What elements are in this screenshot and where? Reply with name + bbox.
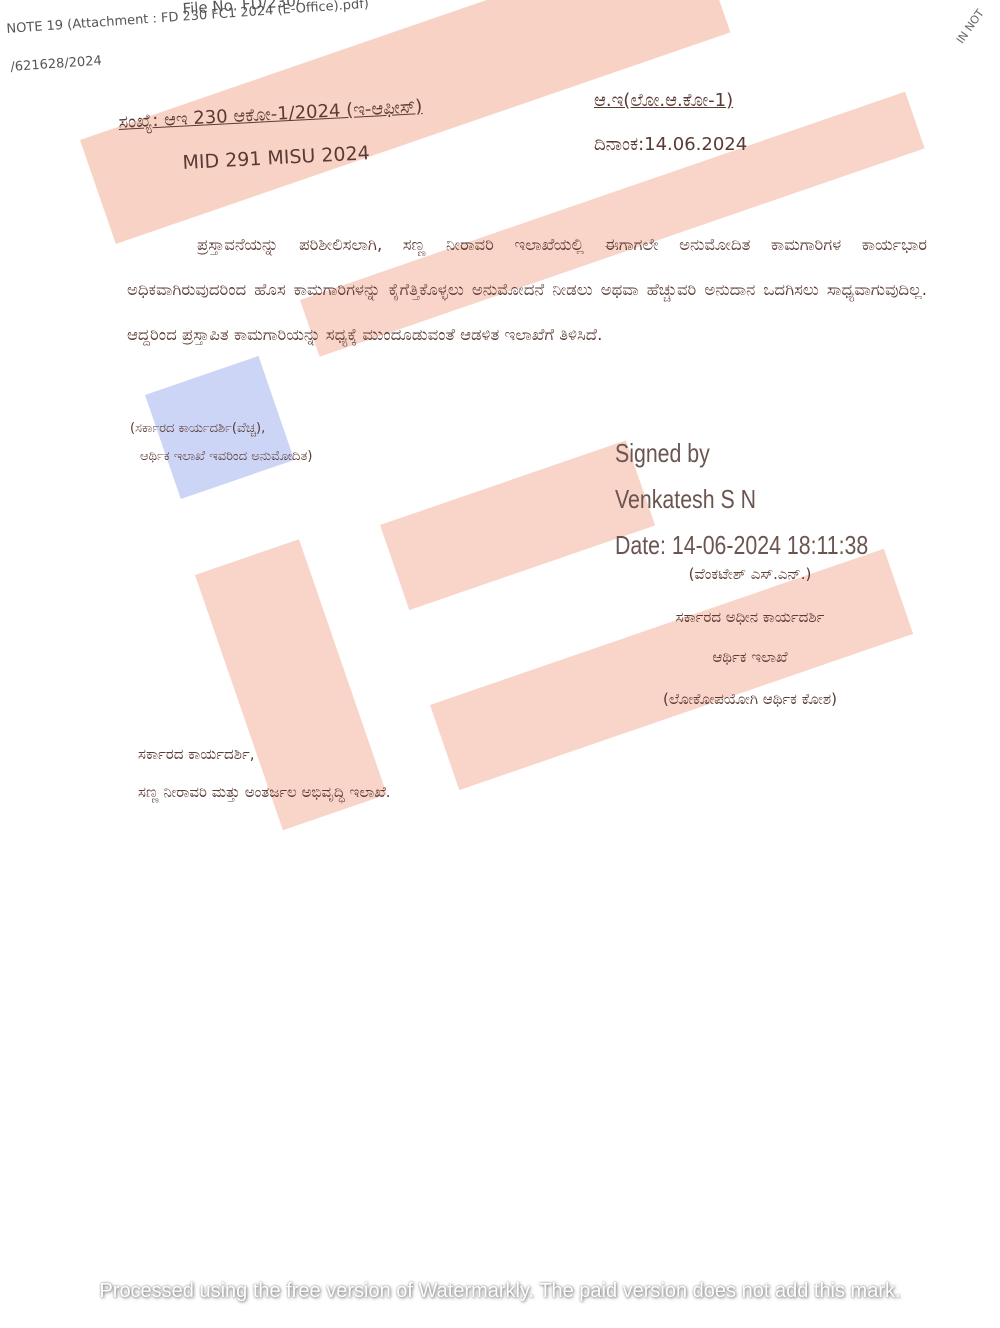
- approval-line: (ಸರ್ಕಾರದ ಕಾರ್ಯದರ್ಶಿ(ವೆಚ್ಚ),: [130, 415, 312, 443]
- signer-designation: ಸರ್ಕಾರದ ಅಧೀನ ಕಾರ್ಯದರ್ಶಿ: [600, 608, 900, 626]
- recipient-title: ಸರ್ಕಾರದ ಕಾರ್ಯದರ್ಶಿ,: [138, 735, 391, 773]
- corner-stamp: IN NOT: [954, 7, 987, 46]
- signer-name-kannada: (ವೆಂಕಟೇಶ್ ಎಸ್.ಎನ್.): [600, 565, 900, 583]
- signed-date: Date: 14-06-2024 18:11:38: [615, 522, 868, 568]
- digital-signature: Signed by Venkatesh S N Date: 14-06-2024…: [615, 430, 868, 568]
- letter-body: ಪ್ರಸ್ತಾವನೆಯನ್ನು ಪರಿಶೀಲಿಸಲಾಗಿ, ಸಣ್ಣ ನೀರಾವ…: [127, 222, 927, 357]
- signer-section: (ಲೋಕೋಪಯೋಗಿ ಆರ್ಥಿಕ ಕೋಶ): [600, 690, 900, 708]
- watermark-shape: [430, 549, 913, 790]
- recipient-department: ಸಣ್ಣ ನೀರಾವರಿ ಮತ್ತು ಅಂತರ್ಜಲ ಅಭಿವೃದ್ಧಿ ಇಲಾ…: [138, 773, 391, 811]
- department-code: ಆ.ಇ(ಲೋ.ಆ.ಕೋ-1): [594, 90, 733, 111]
- reference-number: /621628/2024: [10, 54, 102, 75]
- letter-date: ದಿನಾಂಕ:14.06.2024: [594, 134, 747, 155]
- watermark-footer: Processed using the free version of Wate…: [0, 1280, 1000, 1303]
- signer-name: Venkatesh S N: [615, 476, 868, 522]
- signer-department: ಆರ್ಥಿಕ ಇಲಾಖೆ: [600, 648, 900, 666]
- watermark-shape: [380, 440, 655, 610]
- signed-by-label: Signed by: [615, 430, 868, 476]
- approval-line: ಆರ್ಥಿಕ ಇಲಾಖೆ ಇವರಿಂದ ಅನುಮೋದಿತ): [130, 443, 312, 471]
- recipient-block: ಸರ್ಕಾರದ ಕಾರ್ಯದರ್ಶಿ, ಸಣ್ಣ ನೀರಾವರಿ ಮತ್ತು ಅ…: [138, 735, 391, 811]
- approval-note: (ಸರ್ಕಾರದ ಕಾರ್ಯದರ್ಶಿ(ವೆಚ್ಚ), ಆರ್ಥಿಕ ಇಲಾಖೆ…: [130, 415, 312, 471]
